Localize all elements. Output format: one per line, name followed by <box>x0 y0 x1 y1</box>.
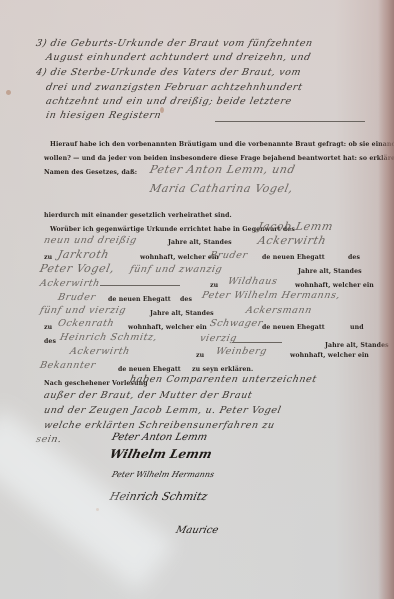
printed-declaration-line-2: wollen? — und da jeder von beiden insbes… <box>44 155 394 162</box>
fill-line <box>215 121 365 122</box>
witness-1-name: Jacob Lemm <box>257 220 335 233</box>
witness-2-age: fünf und zwanzig <box>129 264 224 275</box>
fill-line <box>100 285 180 286</box>
witness-4-residence: Weinberg <box>215 346 268 357</box>
handwritten-item-3-line-1: 3) die Geburts-Urkunde der Braut vom fün… <box>35 38 314 49</box>
label-spouse: de neuen Ehegatt <box>262 254 325 261</box>
label-resident: wohnhaft, welcher ein <box>128 324 207 331</box>
witness-4-occupation: Ackerwirth <box>69 346 131 357</box>
signature-groom: Peter Anton Lemm <box>111 432 209 443</box>
label-of: des <box>180 296 192 303</box>
witness-2-relation: Bruder <box>57 292 97 303</box>
witness-2-residence: Wildhaus <box>227 276 279 287</box>
signature-witness-4: Heinrich Schmitz <box>108 490 208 503</box>
witness-1-age: neun und dreißig <box>43 235 138 246</box>
reading-hand-line-2: außer der Braut, der Mutter der Braut <box>43 390 254 401</box>
handwritten-item-3-line-2: August einhundert achtundert und dreizeh… <box>45 52 312 63</box>
bride-name: Maria Catharina Vogel, <box>149 182 295 195</box>
reading-hand-line-1: haben Comparenten unterzeichnet <box>129 374 318 385</box>
printed-declaration-line-1: Hierauf habe ich den vorbenannten Bräuti… <box>50 141 394 148</box>
witness-4-name: Heinrich Schmitz, <box>59 332 158 343</box>
witness-1-residence: Jarkroth <box>57 248 111 261</box>
label-of: des <box>348 254 360 261</box>
printed-declaration-line-4: hierdurch mit einander gesetzlich verhei… <box>44 212 232 219</box>
label-and: und <box>350 324 364 331</box>
label-years: Jahre alt, Standes <box>325 342 389 349</box>
label-spouse: de neuen Ehegatt <box>108 296 171 303</box>
witness-3-relation: Schwager <box>209 318 264 329</box>
label-spouse: de neuen Ehegatt <box>262 324 325 331</box>
witness-4-relation: Bekannter <box>39 360 97 371</box>
reading-hand-line-3: und der Zeugen Jacob Lemm, u. Peter Voge… <box>43 405 283 416</box>
label-spouse: de neuen Ehegatt <box>118 366 181 373</box>
printed-declaration-line-3: Namen des Gesetzes, daß: <box>44 169 137 176</box>
stain <box>96 508 99 511</box>
label-to: zu <box>196 352 204 359</box>
groom-name: Peter Anton Lemm, und <box>149 163 297 176</box>
witness-3-occupation: Ackersmann <box>245 305 313 316</box>
handwritten-item-4-line-3: achtzehnt und ein und dreißig; beide let… <box>45 96 293 107</box>
label-to: zu <box>44 324 52 331</box>
witness-3-residence: Ockenrath <box>57 318 115 329</box>
handwritten-item-4-line-2: drei und zwanzigsten Februar achtzehnhun… <box>45 82 304 93</box>
signature-officiant: Maurice <box>175 525 220 536</box>
page-edge-shadow <box>378 0 394 599</box>
document-page: 3) die Geburts-Urkunde der Braut vom fün… <box>0 0 394 599</box>
label-years: Jahre alt, Standes <box>298 268 362 275</box>
signature-witness-1: Wilhelm Lemm <box>108 447 213 461</box>
label-to: zu <box>210 282 218 289</box>
handwritten-item-4-line-4: in hiesigen Registern <box>45 110 163 121</box>
printed-closing: zu seyn erklären. <box>192 366 253 373</box>
label-to: zu <box>44 254 52 261</box>
label-years: Jahre alt, Standes <box>168 239 232 246</box>
witness-2-occupation: Ackerwirth <box>39 278 101 289</box>
label-resident: wohnhaft, welcher ein <box>295 282 374 289</box>
witness-2-name: Peter Vogel, <box>39 262 116 275</box>
label-resident: wohnhaft, welcher ein <box>140 254 219 261</box>
reading-hand-line-5: sein. <box>35 434 63 445</box>
witness-3-name: Peter Wilhelm Hermanns, <box>201 290 341 301</box>
label-of: des <box>44 338 56 345</box>
witness-1-occupation: Ackerwirth <box>257 234 328 247</box>
signature-witness-3: Peter Wilhelm Hermanns <box>111 470 215 479</box>
witness-1-relation: Bruder <box>209 250 249 261</box>
fill-line <box>232 342 282 343</box>
stain <box>6 90 11 95</box>
label-resident: wohnhaft, welcher ein <box>290 352 369 359</box>
label-years: Jahre alt, Standes <box>150 310 214 317</box>
witness-3-age: fünf und vierzig <box>39 305 127 316</box>
handwritten-item-4-line-1: 4) die Sterbe-Urkunde des Vaters der Bra… <box>35 67 302 78</box>
reading-hand-line-4: welche erklärten Schreibensunerfahren zu <box>43 420 276 431</box>
